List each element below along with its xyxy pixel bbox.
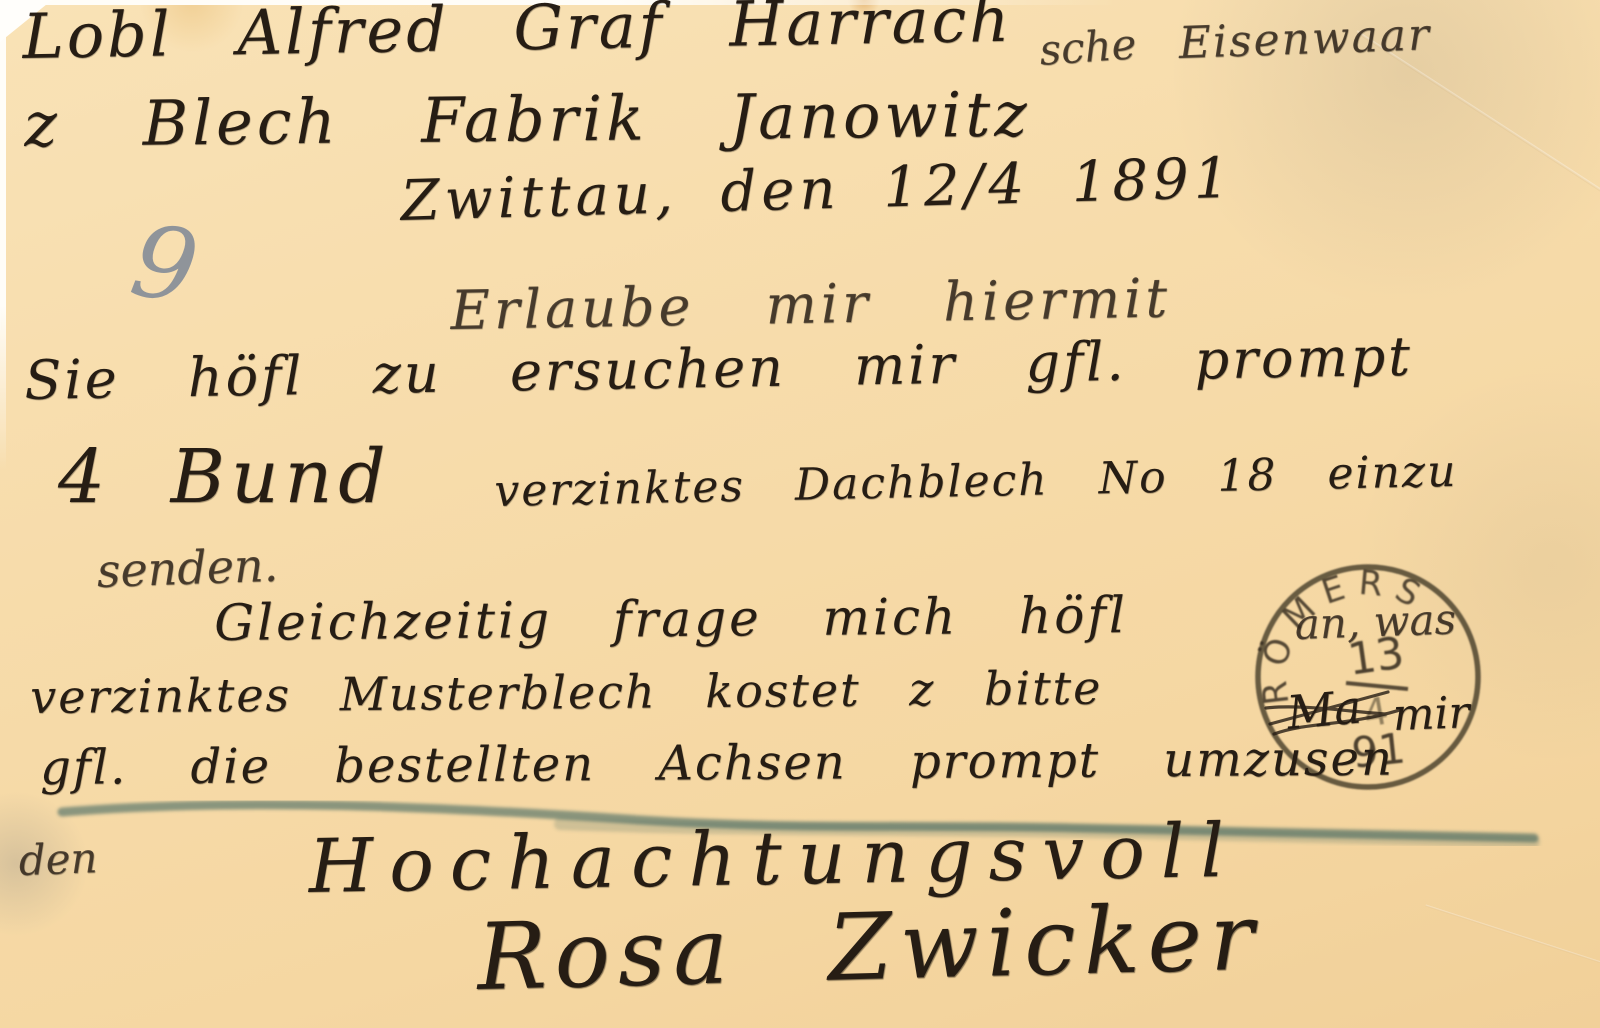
handwriting-address-right: Eisenwaar [1178,13,1432,66]
handwriting-address-line1: Lobl Alfred Graf Harrach [22,0,1013,68]
paper-crease [1425,905,1600,978]
pencil-note: 9 [125,210,205,320]
handwriting-body-line2: Sie höfl zu ersuchen mir gfl. prompt [24,330,1413,408]
handwriting-signature: Rosa Zwicker [476,891,1263,1004]
handwriting-address-line2: z Blech Fabrik Janowitz [24,83,1031,156]
handwriting-body-line4: senden. [96,542,279,594]
handwriting-body-line3-qty: 4 Bund [58,440,392,514]
handwriting-address-suffix: sche [1038,23,1138,72]
handwriting-body-line3-rest: verzinktes Dachblech No 18 einzu [494,450,1458,514]
handwriting-body-line1: Erlaube mir hiermit [450,271,1171,338]
handwriting-body-line5: Gleichzeitig frage mich höfl [214,590,1128,648]
handwriting-body-line6: verzinktes Musterblech kostet z bitte [30,665,1103,720]
handwriting-dateline: Zwittau, den 12/4 1891 [400,151,1235,230]
handwriting-body-line5-cont: an, was [1294,598,1457,646]
handwriting-body-line7: gfl. die bestellten Achsen prompt umzuse… [40,735,1394,792]
strikethrough-scribble [1262,678,1422,748]
scan-edge-left [0,0,6,470]
postcard-scan: RÖMERS 13 4 91 Lobl Alfred Graf Harrach … [0,0,1600,1028]
handwriting-body-line8: den [18,837,98,882]
